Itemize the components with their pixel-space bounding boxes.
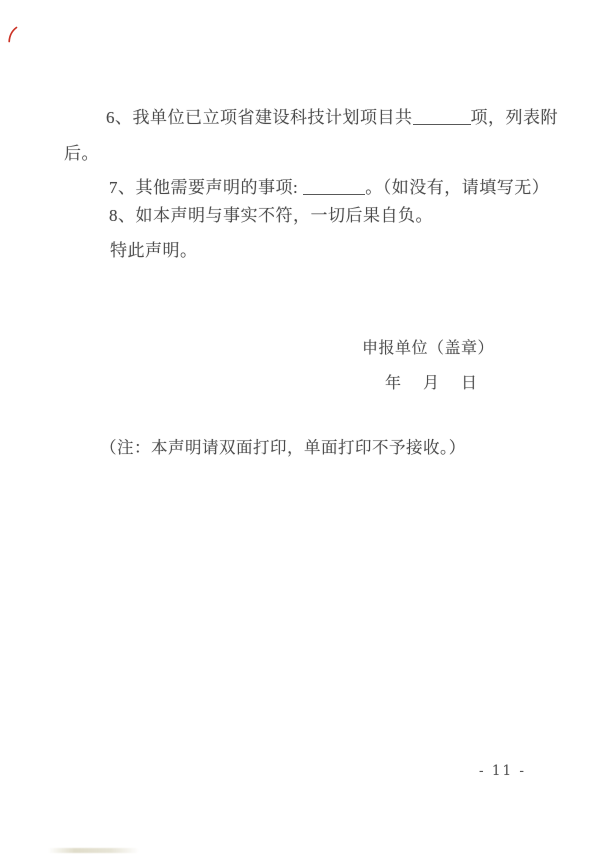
scan-smudge-artifact: [48, 848, 138, 853]
item7-text-pre: 7、其他需要声明的事项:: [109, 178, 298, 197]
closing-statement: 特此声明。: [110, 241, 198, 261]
item6-text-post: 项，列表附: [471, 108, 559, 127]
signature-unit-label: 申报单位（盖章）: [362, 340, 494, 358]
page-number: - 11 -: [479, 763, 526, 779]
item7-line: 7、其他需要声明的事项:。（如没有，请填写无）: [109, 178, 549, 198]
item7-text-post: 。（如没有，请填写无）: [365, 178, 549, 197]
item6-text-pre: 6、我单位已立项省建设科技计划项目共: [106, 108, 413, 127]
item7-blank-line: [303, 181, 365, 195]
item6-blank-line: [413, 111, 471, 125]
item6-line2: 后。: [64, 144, 99, 164]
item6-line1: 6、我单位已立项省建设科技计划项目共项，列表附: [106, 108, 558, 128]
red-pen-mark-icon: [7, 26, 19, 44]
signature-date-label: 年 月 日: [385, 375, 480, 393]
item8-line: 8、如本声明与事实不符，一切后果自负。: [109, 206, 433, 226]
scanned-document-page: 6、我单位已立项省建设科技计划项目共项，列表附 后。 7、其他需要声明的事项:。…: [0, 0, 600, 855]
printing-note: （注：本声明请双面打印，单面打印不予接收。）: [100, 439, 466, 458]
